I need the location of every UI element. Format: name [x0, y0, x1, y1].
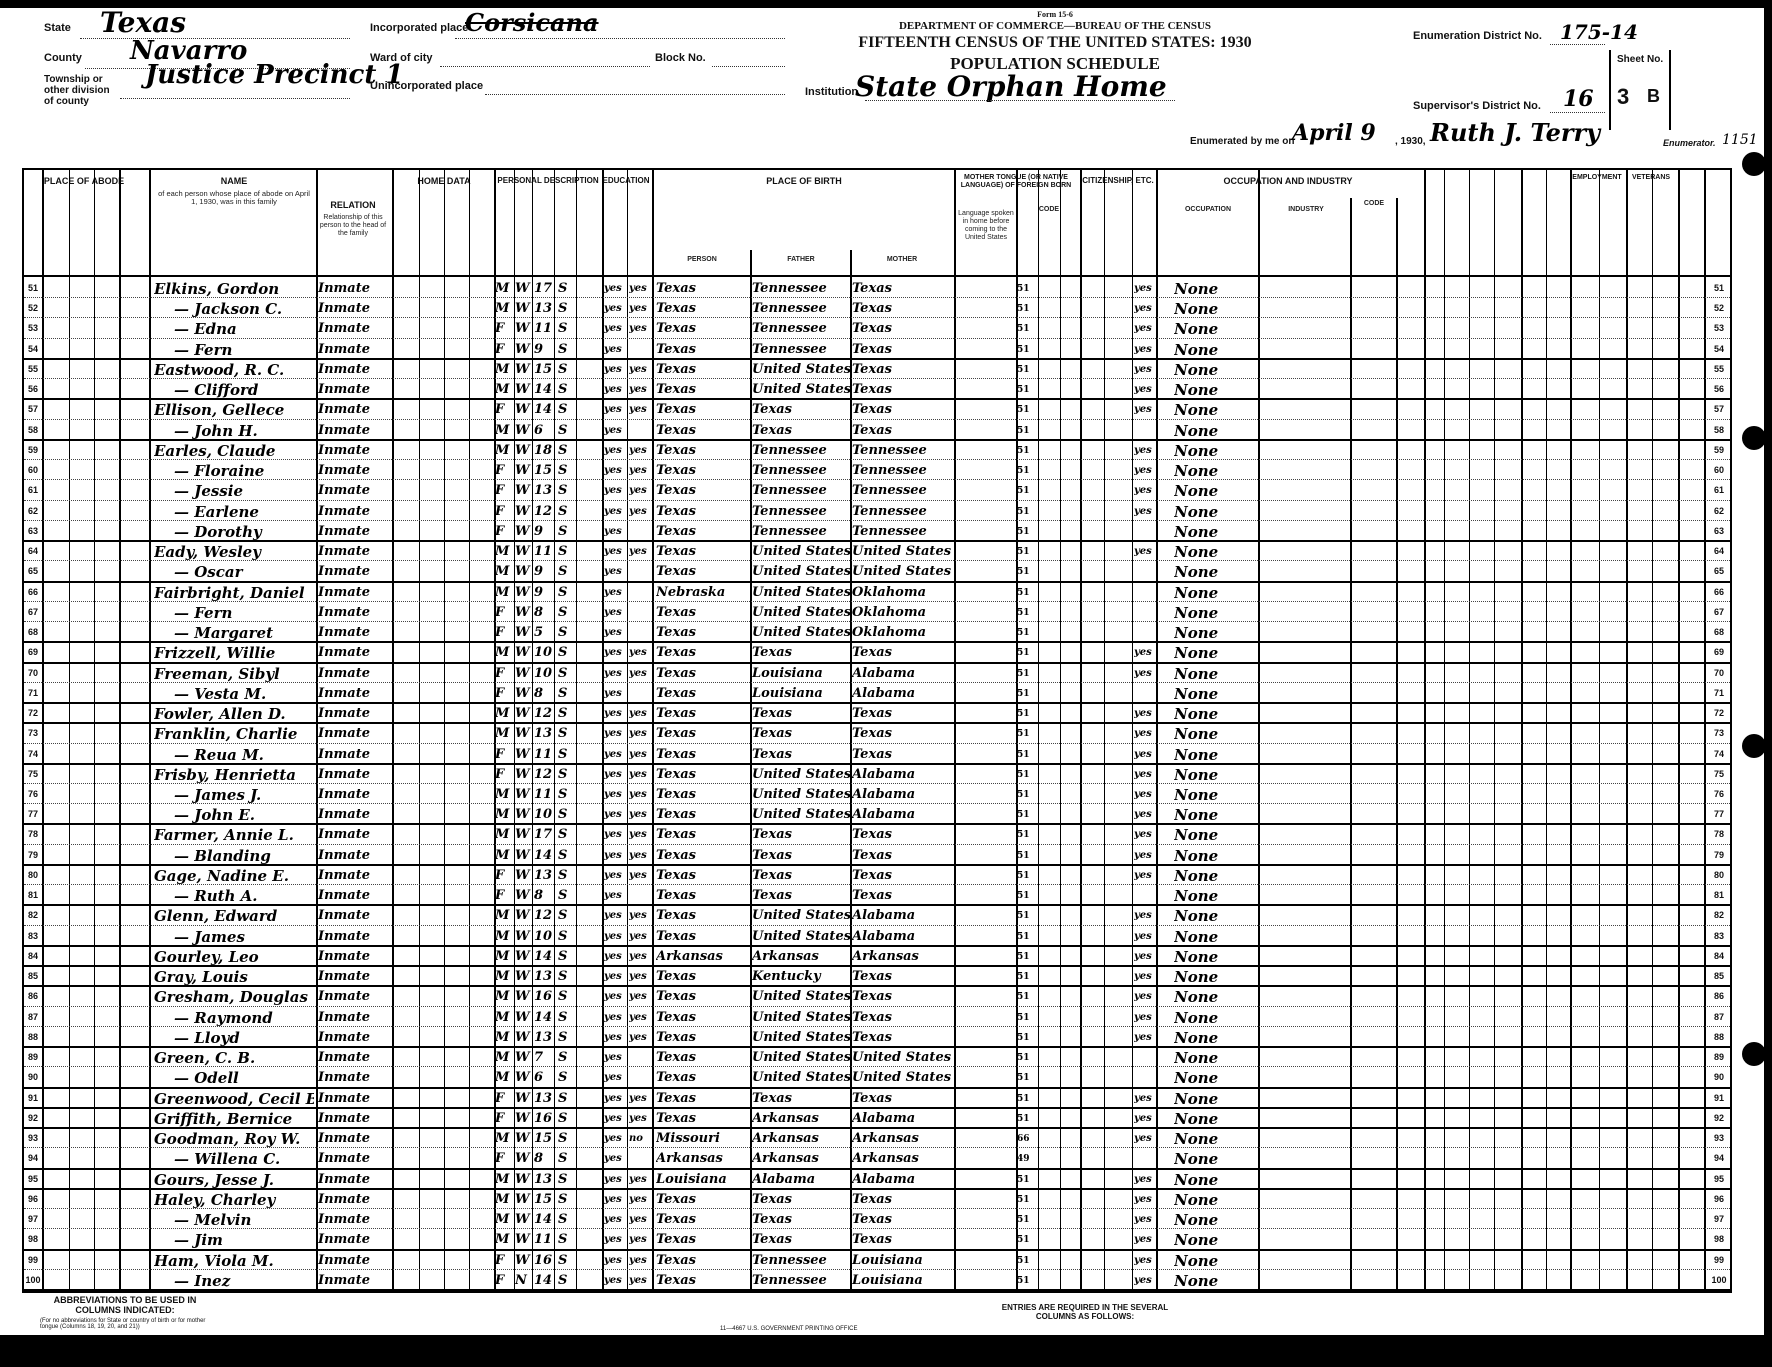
sex: M — [495, 783, 515, 804]
sex: F — [495, 479, 515, 500]
can-read-write: yes — [629, 1087, 653, 1108]
age: 9 — [534, 581, 556, 602]
state-code: 51 — [1017, 763, 1037, 784]
age: 12 — [534, 500, 556, 521]
person-name: — John H. — [174, 419, 334, 440]
marital-status: S — [558, 965, 576, 986]
township-label: Township or other division of county — [44, 74, 114, 107]
person-name: Green, C. B. — [154, 1046, 314, 1067]
age: 17 — [534, 823, 556, 844]
can-read-write — [629, 601, 653, 622]
marital-status: S — [558, 864, 576, 885]
race: W — [515, 459, 533, 480]
age: 14 — [534, 844, 556, 865]
sex: F — [495, 763, 515, 784]
attended-school: yes — [604, 1269, 628, 1290]
race: W — [515, 560, 533, 581]
can-read-write: yes — [629, 378, 653, 399]
line-number: 56 — [24, 378, 42, 399]
line-number-right: 67 — [1706, 601, 1732, 622]
birthplace-person: Texas — [656, 621, 750, 642]
race: W — [515, 1026, 533, 1047]
enumerated-date: April 9 — [1292, 120, 1376, 146]
line-number: 60 — [24, 459, 42, 480]
age: 13 — [534, 722, 556, 743]
table-row: 6969Frizzell, WillieInmateMW10SyesyesTex… — [24, 641, 1730, 663]
person-name: Glenn, Edward — [154, 904, 314, 925]
age: 12 — [534, 702, 556, 723]
birthplace-person: Texas — [656, 601, 750, 622]
institution-value: State Orphan Home — [855, 70, 1167, 103]
sex: M — [495, 803, 515, 824]
race: W — [515, 601, 533, 622]
speaks-english: yes — [1134, 358, 1156, 379]
can-read-write: yes — [629, 783, 653, 804]
sex: M — [495, 1188, 515, 1209]
can-read-write — [629, 338, 653, 359]
marital-status: S — [558, 1066, 576, 1087]
attended-school: yes — [604, 722, 628, 743]
line-number: 51 — [24, 277, 42, 298]
line-number: 75 — [24, 763, 42, 784]
speaks-english: yes — [1134, 398, 1156, 419]
race: W — [515, 621, 533, 642]
age: 11 — [534, 540, 556, 561]
line-number: 64 — [24, 540, 42, 561]
person-name: Frizzell, Willie — [154, 641, 314, 662]
group-employment: EMPLOYMENT — [1569, 174, 1625, 181]
can-read-write: yes — [629, 1249, 653, 1270]
birthplace-person: Arkansas — [656, 1147, 750, 1168]
birthplace-mother: United States — [852, 1066, 952, 1087]
marital-status: S — [558, 1026, 576, 1047]
relation: Inmate — [318, 1127, 392, 1148]
birthplace-mother: Texas — [852, 965, 952, 986]
marital-status: S — [558, 1249, 576, 1270]
state-code: 51 — [1017, 581, 1037, 602]
state-code: 51 — [1017, 1269, 1037, 1290]
occupation: None — [1174, 743, 1254, 764]
age: 16 — [534, 985, 556, 1006]
can-read-write: yes — [629, 1269, 653, 1290]
relation: Inmate — [318, 1147, 392, 1168]
state-code: 51 — [1017, 783, 1037, 804]
occupation: None — [1174, 581, 1254, 602]
sex: M — [495, 277, 515, 298]
age: 13 — [534, 297, 556, 318]
birthplace-mother: Texas — [852, 1006, 952, 1027]
speaks-english: yes — [1134, 722, 1156, 743]
birth-mother-header: MOTHER — [852, 256, 952, 264]
birthplace-mother: Oklahoma — [852, 601, 952, 622]
race: W — [515, 844, 533, 865]
line-number-right: 59 — [1706, 439, 1732, 460]
birthplace-mother: Texas — [852, 1228, 952, 1249]
state-code: 51 — [1017, 540, 1037, 561]
race: W — [515, 965, 533, 986]
state-code: 66 — [1017, 1127, 1037, 1148]
marital-status: S — [558, 459, 576, 480]
person-name: — Raymond — [174, 1006, 334, 1027]
can-read-write: yes — [629, 662, 653, 683]
relation: Inmate — [318, 338, 392, 359]
can-read-write: yes — [629, 439, 653, 460]
age: 16 — [534, 1249, 556, 1270]
person-name: Elkins, Gordon — [154, 277, 314, 298]
birthplace-father: United States — [752, 1026, 850, 1047]
person-name: Eady, Wesley — [154, 540, 314, 561]
block-line — [712, 66, 785, 67]
birthplace-mother: Alabama — [852, 803, 952, 824]
table-row: 8181— Ruth A.InmateFW8SyesTexasTexasTexa… — [24, 884, 1730, 906]
line-number-right: 82 — [1706, 904, 1732, 925]
relation: Inmate — [318, 439, 392, 460]
person-name: Ellison, Gellece — [154, 398, 314, 419]
attended-school: yes — [604, 317, 628, 338]
birthplace-mother: Alabama — [852, 925, 952, 946]
line-number: 71 — [24, 682, 42, 703]
attended-school: yes — [604, 844, 628, 865]
speaks-english: yes — [1134, 439, 1156, 460]
age: 10 — [534, 803, 556, 824]
birthplace-mother: Alabama — [852, 763, 952, 784]
marital-status: S — [558, 500, 576, 521]
speaks-english: yes — [1134, 297, 1156, 318]
census-sheet: State Texas County Navarro Township or o… — [0, 8, 1764, 1360]
birthplace-mother: Texas — [852, 722, 952, 743]
can-read-write: yes — [629, 641, 653, 662]
group-education: EDUCATION — [602, 176, 650, 185]
can-read-write: yes — [629, 722, 653, 743]
line-number-right: 54 — [1706, 338, 1732, 359]
line-number: 59 — [24, 439, 42, 460]
occupation: None — [1174, 763, 1254, 784]
age: 14 — [534, 1208, 556, 1229]
line-number: 70 — [24, 662, 42, 683]
line-number: 78 — [24, 823, 42, 844]
supervisor-district-line — [1550, 112, 1605, 113]
race: W — [515, 904, 533, 925]
marital-status: S — [558, 1147, 576, 1168]
birthplace-father: Texas — [752, 1188, 850, 1209]
birthplace-father: United States — [752, 601, 850, 622]
occupation: None — [1174, 945, 1254, 966]
race: W — [515, 682, 533, 703]
relation: Inmate — [318, 985, 392, 1006]
relation: Inmate — [318, 378, 392, 399]
birthplace-father: United States — [752, 803, 850, 824]
birthplace-father: Arkansas — [752, 1127, 850, 1148]
can-read-write: yes — [629, 823, 653, 844]
birthplace-person: Texas — [656, 702, 750, 723]
line-number-right: 68 — [1706, 621, 1732, 642]
marital-status: S — [558, 560, 576, 581]
can-read-write: yes — [629, 479, 653, 500]
sex: M — [495, 823, 515, 844]
speaks-english — [1134, 581, 1156, 602]
birthplace-father: Tennessee — [752, 1269, 850, 1290]
line-number-right: 83 — [1706, 925, 1732, 946]
attended-school: yes — [604, 459, 628, 480]
punch-hole — [1742, 1042, 1766, 1066]
sex: F — [495, 398, 515, 419]
birthplace-father: United States — [752, 378, 850, 399]
table-row: 8383— JamesInmateMW10SyesyesTexasUnited … — [24, 925, 1730, 947]
birthplace-person: Texas — [656, 823, 750, 844]
birthplace-father: United States — [752, 1066, 850, 1087]
birthplace-mother: Texas — [852, 702, 952, 723]
birthplace-person: Texas — [656, 1188, 750, 1209]
state-code: 51 — [1017, 419, 1037, 440]
sex: M — [495, 925, 515, 946]
table-row: 7676— James J.InmateMW11SyesyesTexasUnit… — [24, 783, 1730, 804]
line-number-right: 56 — [1706, 378, 1732, 399]
birthplace-person: Texas — [656, 1087, 750, 1108]
age: 14 — [534, 1269, 556, 1290]
line-number-right: 57 — [1706, 398, 1732, 419]
speaks-english: yes — [1134, 378, 1156, 399]
group-veterans: VETERANS — [1626, 174, 1676, 181]
birthplace-father: Texas — [752, 1228, 850, 1249]
person-name: — Jim — [174, 1228, 334, 1249]
sex: F — [495, 1269, 515, 1290]
marital-status: S — [558, 945, 576, 966]
line-number-right: 64 — [1706, 540, 1732, 561]
birthplace-mother: United States — [852, 1046, 952, 1067]
sex: M — [495, 560, 515, 581]
relation: Inmate — [318, 560, 392, 581]
person-name: — John E. — [174, 803, 334, 824]
birthplace-mother: United States — [852, 540, 952, 561]
race: W — [515, 439, 533, 460]
line-number: 58 — [24, 419, 42, 440]
marital-status: S — [558, 398, 576, 419]
birthplace-mother: Texas — [852, 297, 952, 318]
relation: Inmate — [318, 844, 392, 865]
occupation: None — [1174, 1006, 1254, 1027]
group-relation: RELATION — [316, 200, 390, 210]
birthplace-person: Texas — [656, 844, 750, 865]
person-name: — Inez — [174, 1269, 334, 1290]
marital-status: S — [558, 540, 576, 561]
relation: Inmate — [318, 277, 392, 298]
line-number-right: 97 — [1706, 1208, 1732, 1229]
race: W — [515, 925, 533, 946]
race: W — [515, 317, 533, 338]
sex: F — [495, 1087, 515, 1108]
can-read-write: yes — [629, 743, 653, 764]
birthplace-mother: Texas — [852, 358, 952, 379]
person-name: — Jackson C. — [174, 297, 334, 318]
relation: Inmate — [318, 479, 392, 500]
line-number: 52 — [24, 297, 42, 318]
table-row: 7070Freeman, SibylInmateFW10SyesyesTexas… — [24, 662, 1730, 683]
marital-status: S — [558, 439, 576, 460]
occupation: None — [1174, 985, 1254, 1006]
person-name: Earles, Claude — [154, 439, 314, 460]
sex: M — [495, 904, 515, 925]
age: 13 — [534, 965, 556, 986]
age: 8 — [534, 682, 556, 703]
line-number: 79 — [24, 844, 42, 865]
relation: Inmate — [318, 540, 392, 561]
can-read-write: yes — [629, 277, 653, 298]
table-row: 7777— John E.InmateMW10SyesyesTexasUnite… — [24, 803, 1730, 825]
birthplace-mother: Alabama — [852, 904, 952, 925]
occupation: None — [1174, 1127, 1254, 1148]
line-number: 89 — [24, 1046, 42, 1067]
age: 15 — [534, 1127, 556, 1148]
race: W — [515, 540, 533, 561]
table-row: 8787— RaymondInmateMW14SyesyesTexasUnite… — [24, 1006, 1730, 1027]
birthplace-mother: Tennessee — [852, 500, 952, 521]
line-number: 76 — [24, 783, 42, 804]
can-read-write — [629, 884, 653, 905]
speaks-english: yes — [1134, 763, 1156, 784]
birthplace-person: Texas — [656, 500, 750, 521]
block-label: Block No. — [655, 52, 706, 64]
speaks-english: yes — [1134, 864, 1156, 885]
marital-status: S — [558, 520, 576, 541]
birthplace-father: Tennessee — [752, 277, 850, 298]
age: 18 — [534, 439, 556, 460]
state-code: 51 — [1017, 945, 1037, 966]
birthplace-person: Texas — [656, 722, 750, 743]
line-number: 74 — [24, 743, 42, 764]
state-code: 51 — [1017, 621, 1037, 642]
line-number-right: 86 — [1706, 985, 1732, 1006]
unincorporated-label: Unincorporated place — [370, 80, 483, 92]
race: W — [515, 358, 533, 379]
relation-description: Relationship of this person to the head … — [318, 214, 388, 238]
attended-school: yes — [604, 763, 628, 784]
speaks-english: yes — [1134, 965, 1156, 986]
occupation: None — [1174, 277, 1254, 298]
birthplace-person: Texas — [656, 1066, 750, 1087]
person-name: Greenwood, Cecil B. — [154, 1087, 314, 1108]
can-read-write: yes — [629, 358, 653, 379]
line-number: 67 — [24, 601, 42, 622]
sex: M — [495, 1026, 515, 1047]
attended-school: yes — [604, 1208, 628, 1229]
birthplace-mother: Tennessee — [852, 459, 952, 480]
can-read-write: yes — [629, 1006, 653, 1027]
line-number: 55 — [24, 358, 42, 379]
line-number-right: 92 — [1706, 1107, 1732, 1128]
marital-status: S — [558, 1046, 576, 1067]
speaks-english: yes — [1134, 925, 1156, 946]
state-code: 51 — [1017, 338, 1037, 359]
state-code: 51 — [1017, 358, 1037, 379]
relation: Inmate — [318, 884, 392, 905]
person-name: Gray, Louis — [154, 965, 314, 986]
occupation: None — [1174, 459, 1254, 480]
birthplace-mother: Texas — [852, 864, 952, 885]
birthplace-mother: Alabama — [852, 682, 952, 703]
abbreviations-title: ABBREVIATIONS TO BE USED IN COLUMNS INDI… — [40, 1295, 210, 1315]
speaks-english: yes — [1134, 1249, 1156, 1270]
birthplace-person: Texas — [656, 317, 750, 338]
relation: Inmate — [318, 419, 392, 440]
race: N — [515, 1269, 533, 1290]
state-code: 51 — [1017, 1249, 1037, 1270]
marital-status: S — [558, 419, 576, 440]
speaks-english: yes — [1134, 1188, 1156, 1209]
marital-status: S — [558, 884, 576, 905]
marital-status: S — [558, 1107, 576, 1128]
race: W — [515, 1006, 533, 1027]
attended-school: yes — [604, 1188, 628, 1209]
sex: M — [495, 378, 515, 399]
birthplace-mother: Texas — [852, 1188, 952, 1209]
line-number-right: 95 — [1706, 1168, 1732, 1189]
race: W — [515, 297, 533, 318]
race: W — [515, 803, 533, 824]
line-number-right: 94 — [1706, 1147, 1732, 1168]
marital-status: S — [558, 763, 576, 784]
can-read-write — [629, 560, 653, 581]
department-title: DEPARTMENT OF COMMERCE—BUREAU OF THE CEN… — [840, 20, 1270, 32]
birthplace-father: Texas — [752, 398, 850, 419]
sex: M — [495, 581, 515, 602]
person-name: Franklin, Charlie — [154, 722, 314, 743]
can-read-write: yes — [629, 1168, 653, 1189]
table-row: 5757Ellison, GelleceInmateFW14SyesyesTex… — [24, 398, 1730, 419]
occupation: None — [1174, 803, 1254, 824]
speaks-english: yes — [1134, 743, 1156, 764]
state-code: 51 — [1017, 884, 1037, 905]
race: W — [515, 1228, 533, 1249]
attended-school: yes — [604, 277, 628, 298]
table-row: 7373Franklin, CharlieInmateMW13SyesyesTe… — [24, 722, 1730, 743]
race: W — [515, 1046, 533, 1067]
birthplace-father: United States — [752, 783, 850, 804]
attended-school: yes — [604, 540, 628, 561]
attended-school: yes — [604, 1147, 628, 1168]
marital-status: S — [558, 277, 576, 298]
sex: M — [495, 844, 515, 865]
birthplace-father: United States — [752, 904, 850, 925]
relation: Inmate — [318, 1026, 392, 1047]
birthplace-mother: Oklahoma — [852, 621, 952, 642]
entries-required-title: ENTRIES ARE REQUIRED IN THE SEVERAL COLU… — [1000, 1303, 1170, 1321]
person-name: — Floraine — [174, 459, 334, 480]
marital-status: S — [558, 1168, 576, 1189]
sheet-number-box: Sheet No. 3 B — [1609, 50, 1671, 130]
state-code: 51 — [1017, 439, 1037, 460]
age: 14 — [534, 1006, 556, 1027]
age: 8 — [534, 601, 556, 622]
census-title: FIFTEENTH CENSUS OF THE UNITED STATES: 1… — [840, 34, 1270, 52]
attended-school: yes — [604, 358, 628, 379]
attended-school: yes — [604, 965, 628, 986]
attended-school: yes — [604, 884, 628, 905]
attended-school: yes — [604, 520, 628, 541]
incorporated-label: Incorporated place — [370, 22, 468, 34]
relation: Inmate — [318, 702, 392, 723]
relation: Inmate — [318, 317, 392, 338]
attended-school: yes — [604, 297, 628, 318]
birthplace-mother: Texas — [852, 985, 952, 1006]
table-row: 9292Griffith, BerniceInmateFW16SyesyesTe… — [24, 1107, 1730, 1129]
table-row: 8888— LloydInmateMW13SyesyesTexasUnited … — [24, 1026, 1730, 1048]
state-code: 51 — [1017, 965, 1037, 986]
speaks-english: yes — [1134, 985, 1156, 1006]
sex: F — [495, 662, 515, 683]
marital-status: S — [558, 601, 576, 622]
enumerator-name: Ruth J. Terry — [1430, 118, 1600, 147]
line-number: 84 — [24, 945, 42, 966]
